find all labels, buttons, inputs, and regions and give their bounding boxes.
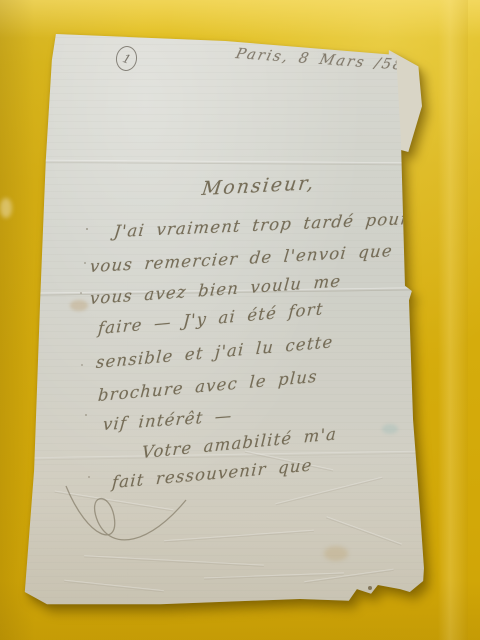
photo-of-letter: 1 Paris, 8 Mars /58 Monsieur, J'ai vraim… <box>0 0 480 640</box>
salutation-handwriting: Monsieur, <box>201 172 317 200</box>
letter-paper: 1 Paris, 8 Mars /58 Monsieur, J'ai vraim… <box>24 30 428 610</box>
crumple-line <box>326 516 402 545</box>
handwriting-line-1: J'ai vraiment trop tardé pour <box>113 209 411 241</box>
crumple-line <box>84 555 264 566</box>
ink-flourish-descenders <box>54 482 204 552</box>
paper-stain <box>324 546 348 561</box>
paper-surface: 1 Paris, 8 Mars /58 Monsieur, J'ai vraim… <box>24 30 428 610</box>
paper-speck <box>222 32 226 38</box>
handwriting-line-6: brochure avec le plus <box>97 367 318 405</box>
paper-speck <box>368 586 372 590</box>
archival-number: 1 <box>121 51 133 67</box>
archival-number-circle: 1 <box>114 45 138 73</box>
paper-stain-blue <box>382 424 398 434</box>
backdrop-stain <box>0 198 12 218</box>
crumple-line <box>64 580 164 592</box>
crumple-line <box>304 569 393 584</box>
paper-stain <box>70 300 88 311</box>
dateline-handwriting: Paris, 8 Mars /58 <box>234 46 406 74</box>
margin-ink-dots <box>86 228 88 230</box>
backdrop-fold-band <box>438 0 468 640</box>
fold-crease-upper <box>24 160 428 166</box>
crumple-line <box>275 477 382 506</box>
handwriting-line-2: vous remercier de l'envoi que <box>89 241 394 276</box>
handwriting-line-5: sensible et j'ai lu cette <box>95 332 334 372</box>
handwriting-line-7: vif intérêt — <box>102 406 233 434</box>
